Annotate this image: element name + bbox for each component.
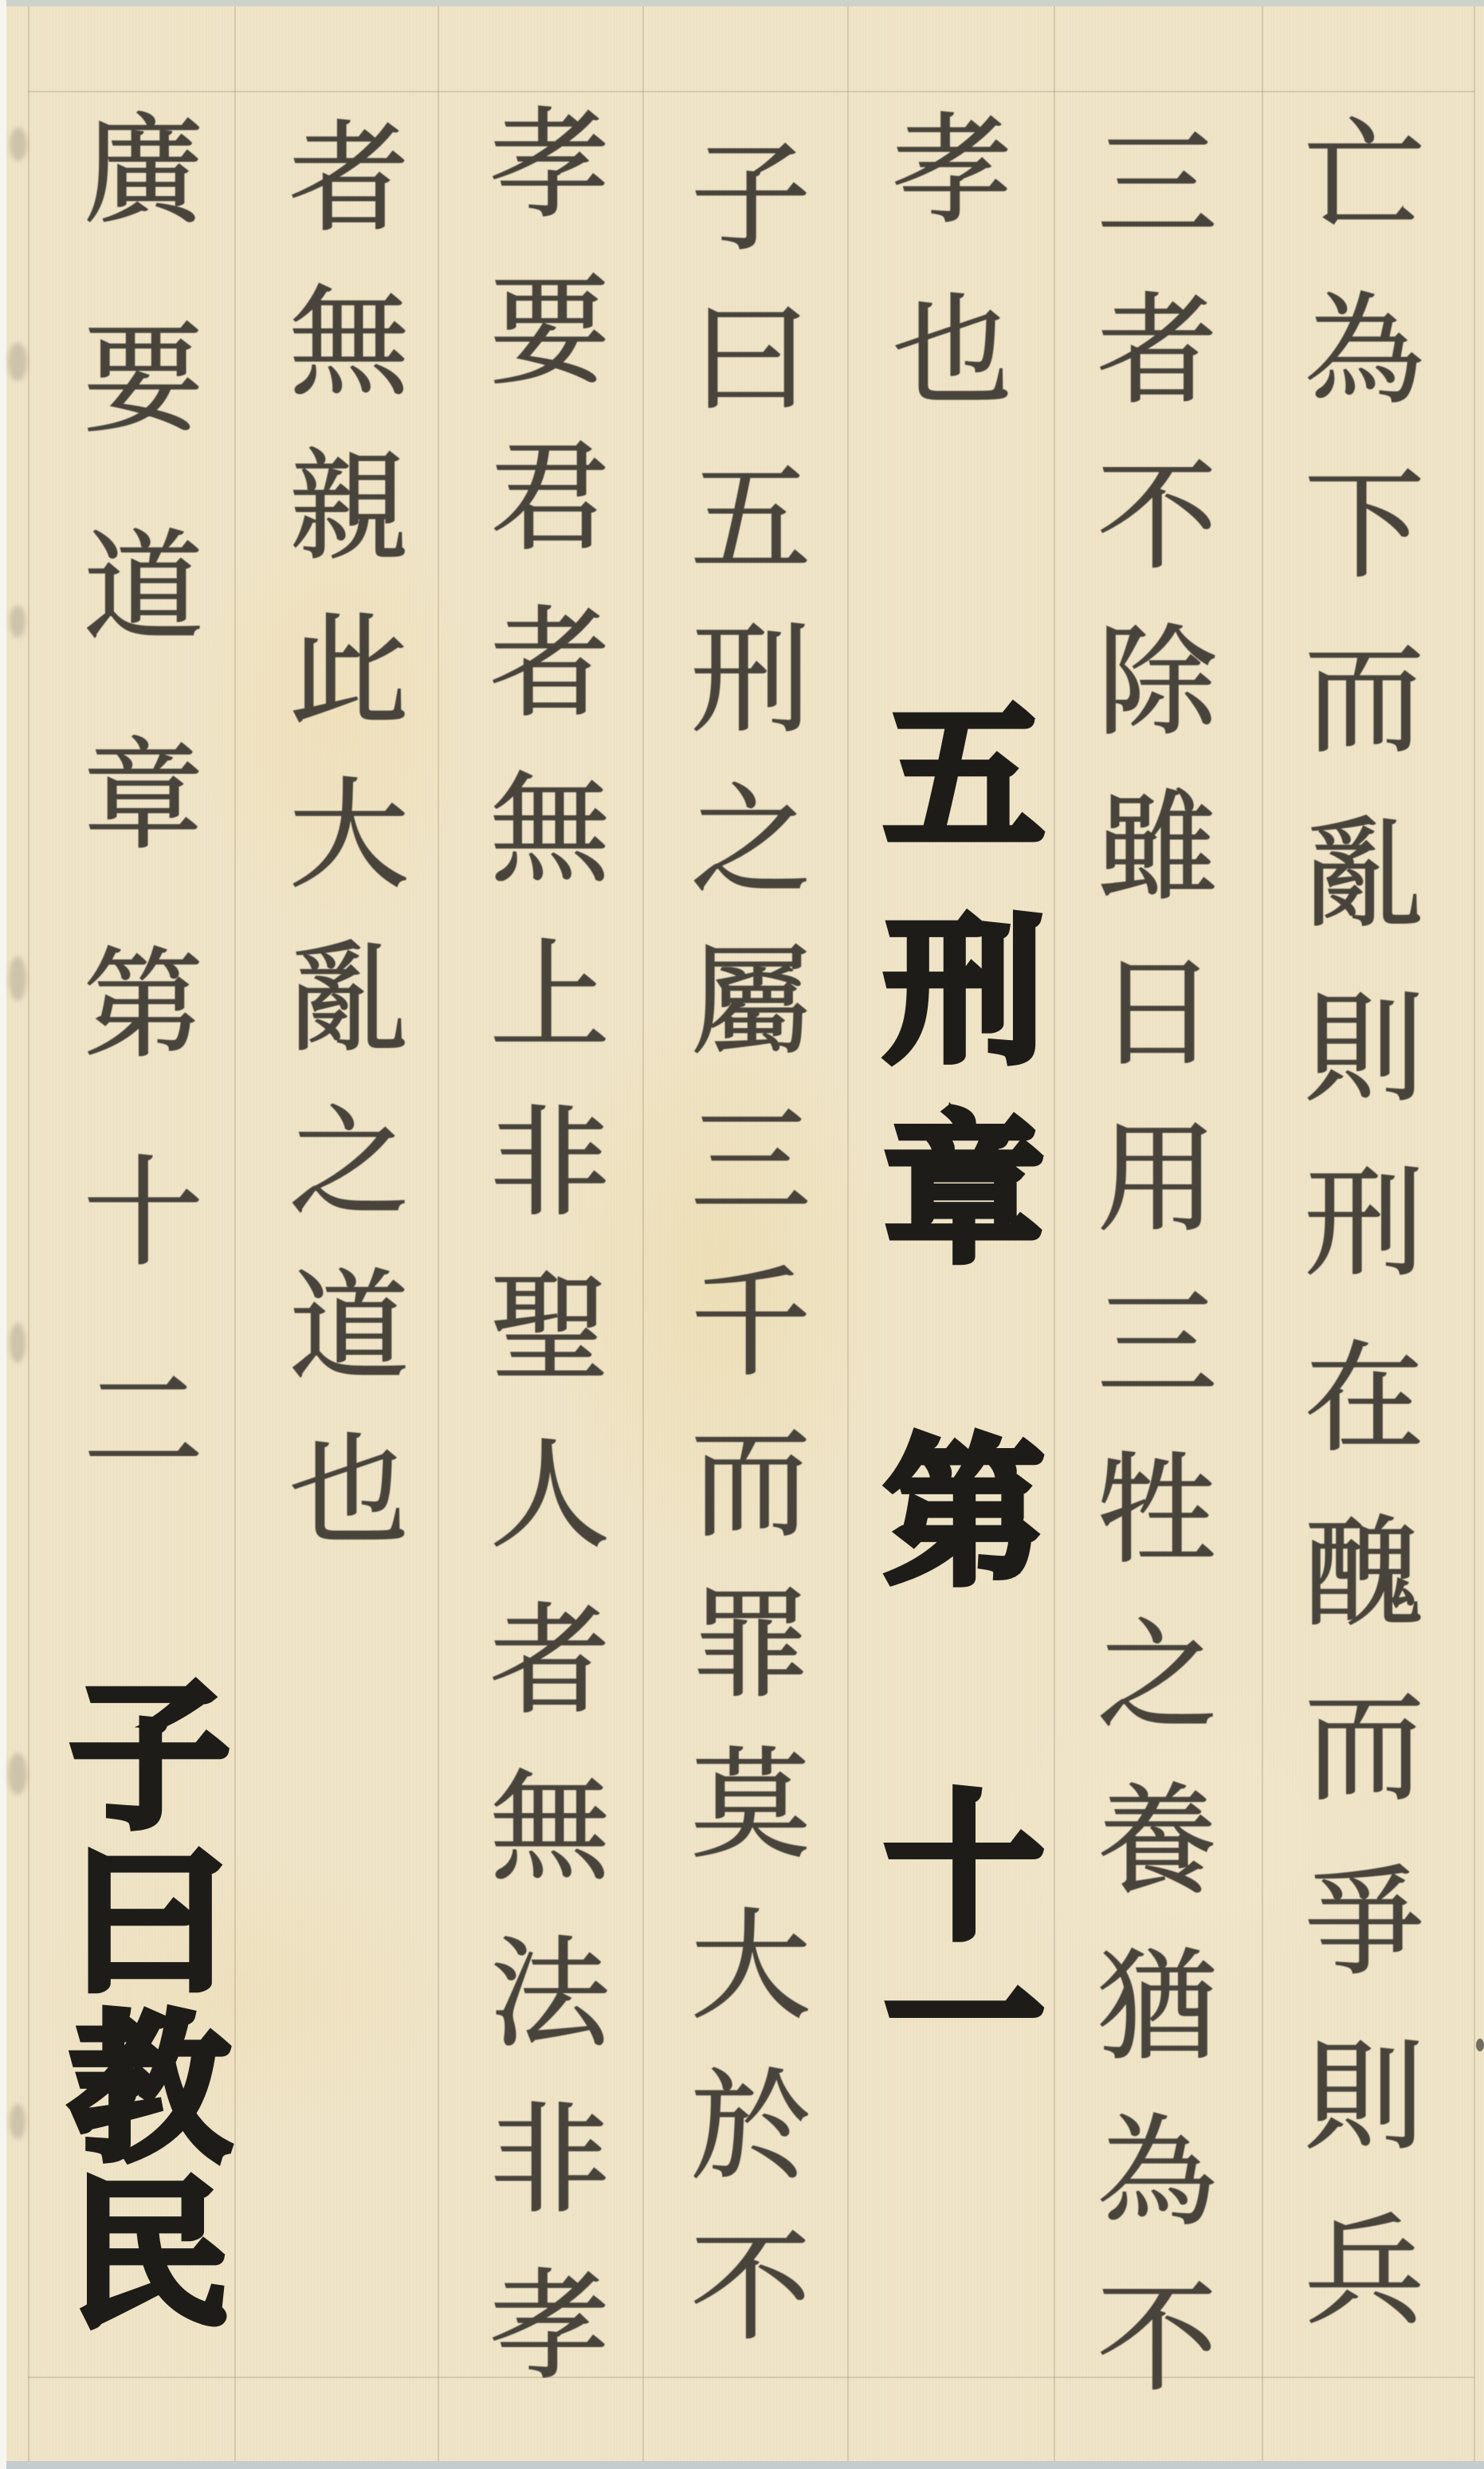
character: 君 [490,438,610,558]
heading-character: 章 [84,737,203,857]
character: 大 [691,1907,811,2027]
column-rule [642,6,644,2461]
text-column-2: 三 者 不 除 雖 日 用 三 牲 之 養 猶 為 不 [1078,126,1237,2399]
scroll-left-edge [0,0,6,2469]
character: 親 [289,448,409,567]
character: 法 [490,1935,610,2055]
column-rule [28,6,29,2461]
character: 亂 [1305,815,1424,935]
scroll-bottom-edge [0,2461,1484,2469]
heading-character: 二 [84,1363,203,1482]
character: 三 [1097,1286,1217,1405]
ink-offset-mark [10,2104,26,2139]
character: 民 [70,2176,230,2335]
character: 於 [691,2067,811,2187]
ink-offset-mark [10,1323,26,1363]
heading-character: 廣 [84,112,203,231]
ink-offset-mark [10,606,26,638]
character: 也 [289,1432,409,1552]
character: 為 [1305,292,1424,411]
bottom-rule [28,2377,1474,2378]
character: 無 [490,1768,610,1888]
character: 之 [289,1104,409,1223]
text-column-3-top: 孝 也 [873,112,1032,412]
character: 亡 [1305,117,1424,237]
character: 兵 [1305,2212,1424,2332]
column-rule [1262,6,1263,2461]
column-rule [1474,6,1475,2461]
character: 不 [1097,457,1217,577]
chapter-heading-11: 五 刑 章 第 十 一 [869,699,1060,2104]
character: 非 [490,2101,610,2220]
character: 醜 [1305,1514,1424,1634]
text-column-1: 亡 為 下 而 亂 則 刑 在 醜 而 爭 則 兵 [1285,117,1444,2332]
character: 牲 [1097,1451,1217,1571]
heading-character: 一 [869,1941,1060,2100]
character: 曰 [691,300,811,419]
ink-offset-mark [8,1753,27,1795]
heading-character: 道 [84,528,203,648]
character: 要 [490,273,610,392]
character: 三 [1097,126,1217,245]
character: 屬 [691,942,811,1062]
character: 子 [70,1678,230,1837]
character: 而 [1305,1689,1424,1808]
character: 者 [289,120,409,239]
text-column-4: 子 曰 五 刑 之 屬 三 千 而 罪 莫 大 於 不 [671,139,830,2348]
character: 孝 [893,112,1012,231]
character: 莫 [691,1746,811,1866]
character: 無 [289,284,409,403]
character: 曰 [70,1843,230,2003]
ink-offset-mark [10,128,27,161]
character: 除 [1097,623,1217,743]
character: 而 [691,1425,811,1545]
heading-character: 十 [869,1789,1060,1949]
character: 也 [893,292,1012,412]
character: 猶 [1097,1948,1217,2067]
column-rule [438,6,439,2461]
character: 孝 [490,106,610,226]
character: 者 [1097,292,1217,411]
heading-character: 第 [84,946,203,1066]
heading-character: 第 [869,1435,1060,1594]
column-rule [847,6,849,2461]
character: 罪 [691,1585,811,1705]
character: 不 [1097,2279,1217,2399]
scroll-top-edge [0,0,1484,6]
character: 聖 [490,1270,610,1389]
top-rule [28,91,1474,92]
character: 道 [289,1268,409,1388]
character: 上 [490,937,610,1057]
character: 者 [490,1602,610,1721]
character: 五 [691,460,811,579]
character: 日 [1097,954,1217,1074]
character: 爭 [1305,1863,1424,1983]
character: 雖 [1097,788,1217,908]
character: 不 [691,2228,811,2348]
ink-speck [1476,2039,1484,2051]
character: 人 [490,1436,610,1556]
ink-offset-mark [9,956,26,1001]
character: 養 [1097,1782,1217,1902]
heading-character: 十 [84,1154,203,1274]
character: 子 [691,139,811,258]
character: 而 [1305,641,1424,760]
character: 用 [1097,1120,1217,1239]
heading-character: 章 [869,1112,1060,1271]
calligraphy-scroll: 亡 為 下 而 亂 則 刑 在 醜 而 爭 則 兵 三 者 不 除 雖 日 用 … [0,0,1484,2469]
chapter-heading-12: 廣 要 道 章 第 十 二 [64,112,223,1482]
character: 千 [691,1264,811,1384]
text-column-7-bold: 子 曰 教 民 [54,1678,245,2335]
heading-character: 要 [84,320,203,440]
text-column-5: 孝 要 君 者 無 上 非 聖 人 者 無 法 非 孝 [470,106,630,2387]
character: 之 [1097,1617,1217,1737]
character: 刑 [1305,1164,1424,1284]
character: 教 [70,2010,230,2169]
character: 孝 [490,2267,610,2387]
character: 三 [691,1103,811,1223]
character: 之 [691,782,811,901]
character: 刑 [691,621,811,740]
character: 則 [1305,990,1424,1109]
heading-character: 刑 [869,913,1060,1072]
character: 亂 [289,940,409,1059]
character: 非 [490,1104,610,1223]
character: 無 [490,771,610,890]
character: 下 [1305,466,1424,586]
character: 此 [289,612,409,732]
character: 則 [1305,2038,1424,2157]
character: 大 [289,776,409,896]
text-column-6: 者 無 親 此 大 亂 之 道 也 [269,120,429,1552]
ink-offset-mark [8,343,27,381]
heading-character: 五 [869,699,1060,858]
character: 者 [490,605,610,724]
character: 為 [1097,2114,1217,2233]
character: 在 [1305,1340,1424,1459]
